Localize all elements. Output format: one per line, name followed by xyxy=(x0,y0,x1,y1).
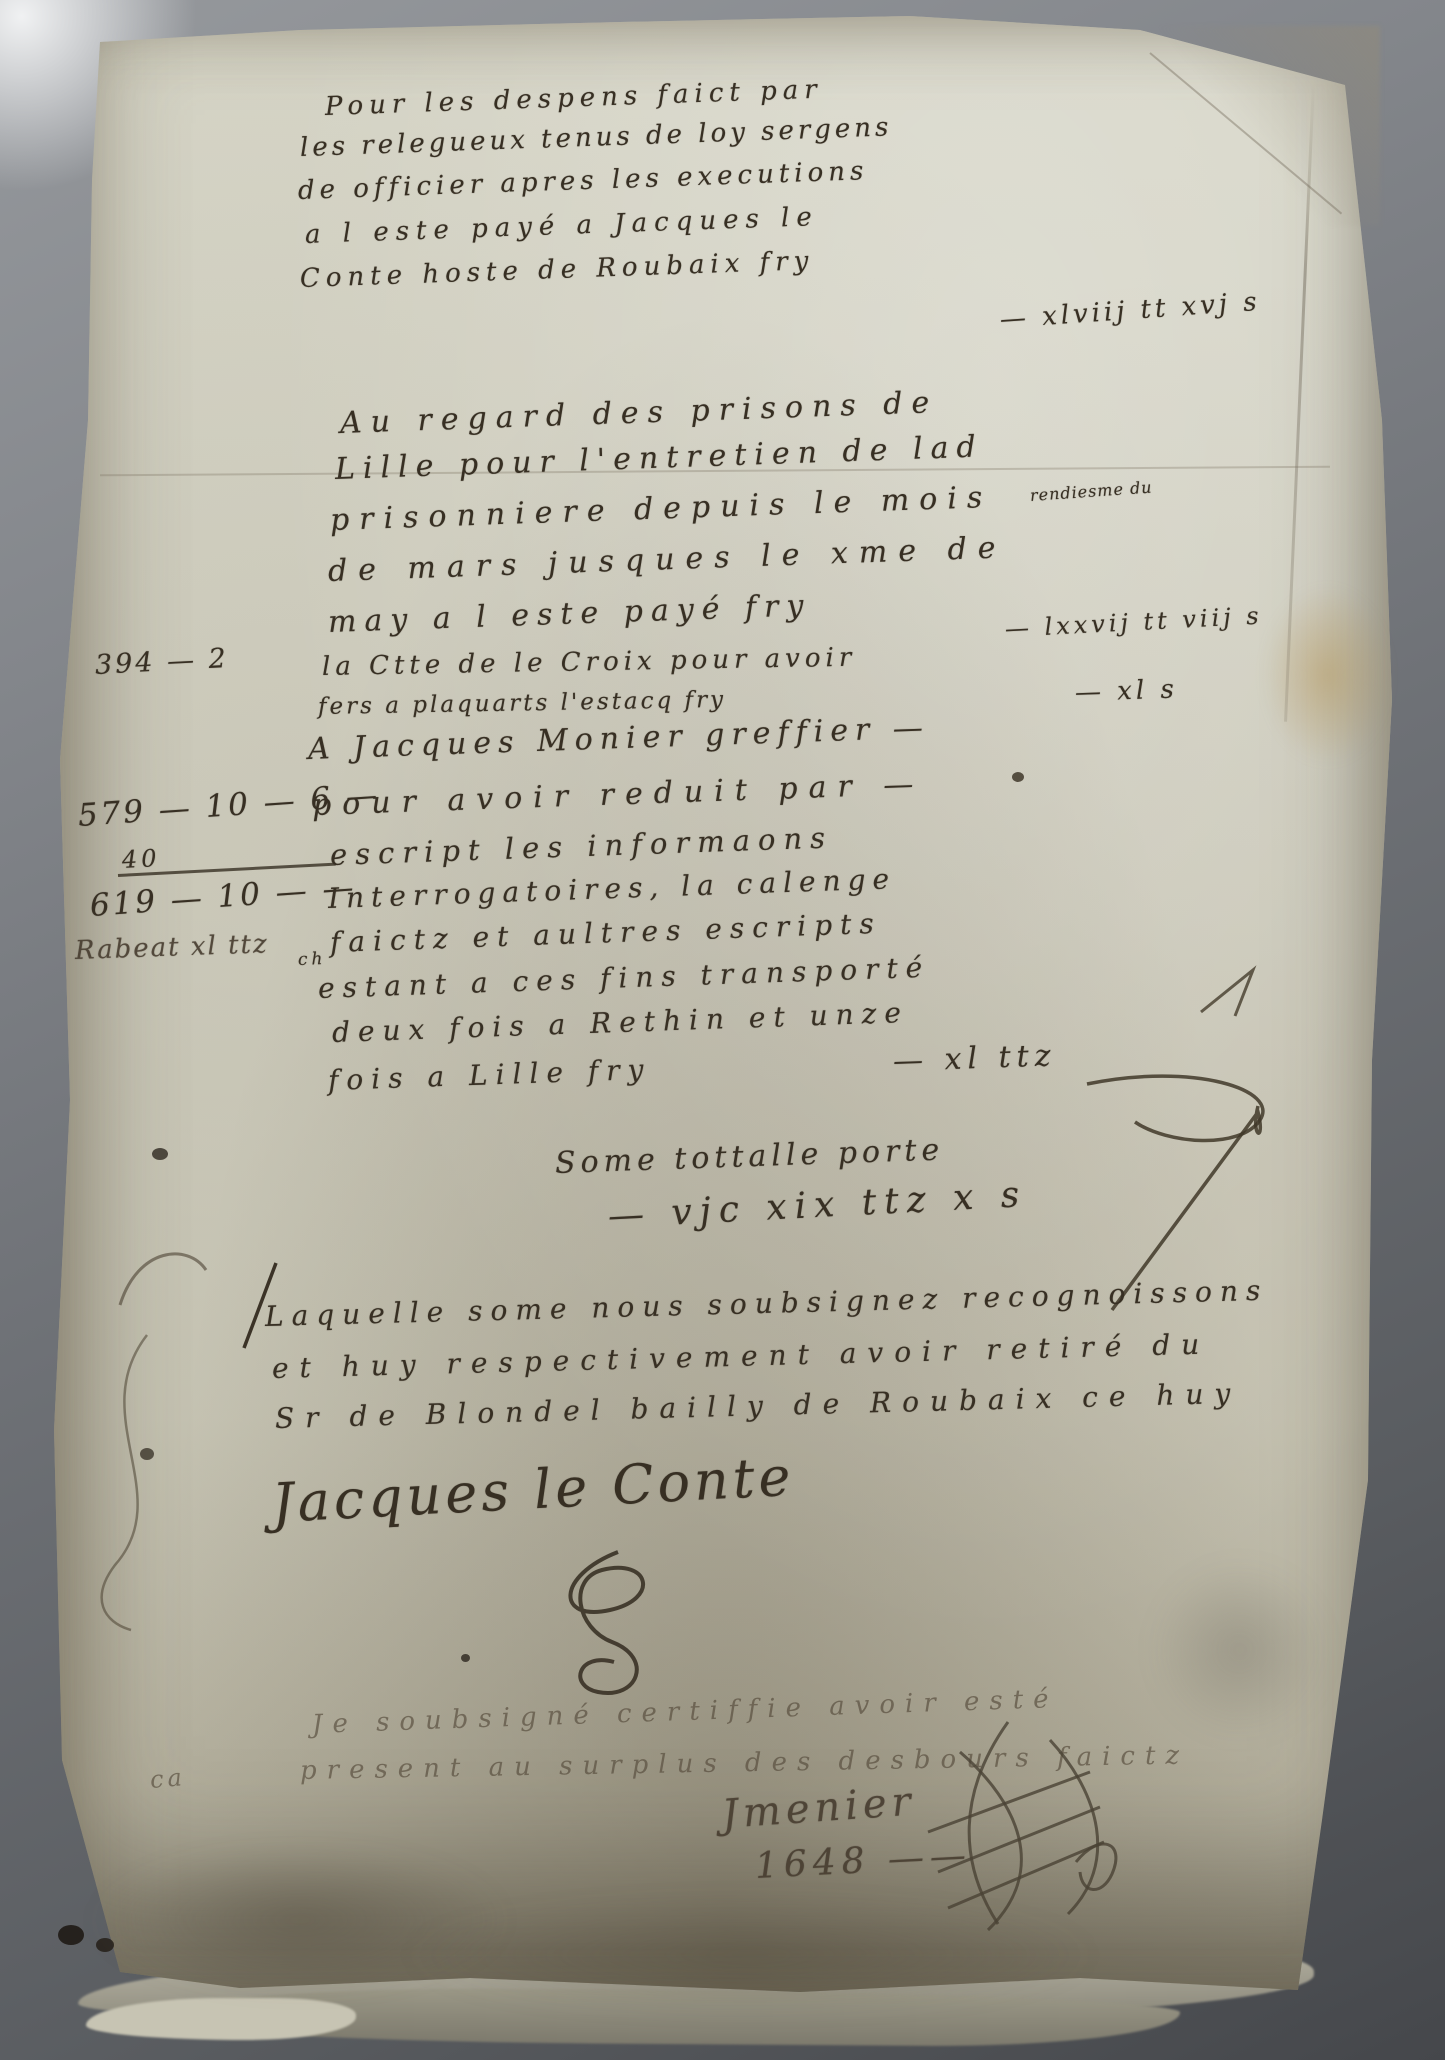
signature-paraph xyxy=(540,1548,665,1723)
margin-squiggle xyxy=(110,1235,220,1325)
margin-mark: ca xyxy=(149,1763,187,1794)
corner-fold-shading xyxy=(1140,26,1380,226)
pen-mark xyxy=(1195,962,1267,1022)
signature-flourish xyxy=(868,1712,1138,1937)
smudge xyxy=(1150,1560,1330,1740)
margin-squiggle xyxy=(85,1330,180,1640)
ink-blot xyxy=(1012,772,1024,782)
margin-figure: 40 xyxy=(121,844,161,874)
ink-blot xyxy=(461,1654,470,1662)
photograph: Pour les despens faict par les relegueux… xyxy=(0,0,1445,2060)
superscript-insertion: ch xyxy=(298,949,327,970)
amount: — xl ttz xyxy=(892,1038,1057,1079)
ink-blot xyxy=(58,1925,84,1945)
amount: — xl s xyxy=(1074,674,1178,708)
ink-blot xyxy=(152,1148,168,1160)
stain xyxy=(1262,585,1392,765)
